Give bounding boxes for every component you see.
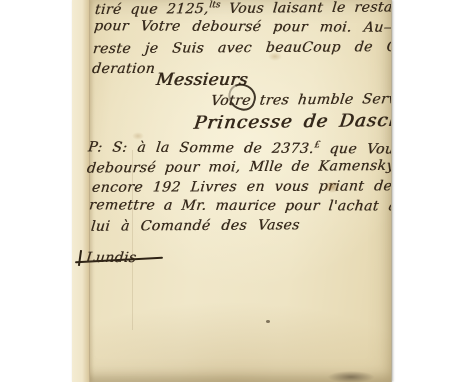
line-text: P: S: à la Somme de 2373. [87, 139, 315, 157]
letter-line: tiré que 2125,lts Vous laisant le restan… [94, 0, 392, 18]
line-text: deboursé pour moi, Mlle de Kamensky Lais… [86, 157, 392, 176]
paper-crease [132, 150, 133, 330]
postscript-line: encore 192 Livres en vous priant de les [91, 178, 392, 196]
letter-line: reste je Suis avec beauCoup de Consi [92, 39, 392, 57]
letter-line: pour Votre deboursé pour moi. Au— [93, 18, 392, 36]
line-text: Votre tres humble Servante [210, 91, 392, 109]
line-text: Vous laisant le restant [219, 0, 392, 17]
line-text: que Vous avez [319, 141, 392, 158]
letter-line: deration [91, 61, 156, 77]
line-text: lui à Comandé des Vases [90, 217, 300, 234]
letter-page: tiré que 2125,lts Vous laisant le restan… [72, 0, 392, 382]
valediction: Votre tres humble Servante [210, 91, 392, 109]
line-text: encore 192 Livres en vous priant de les [91, 178, 392, 196]
bottom-smudge [328, 371, 374, 382]
line-text: deration [91, 61, 156, 77]
scan-background: tiré que 2125,lts Vous laisant le restan… [0, 0, 468, 382]
docket-note: Lundis [85, 250, 137, 266]
line-text: reste je Suis avec beauCoup de Consi [92, 39, 392, 57]
line-text: pour Votre deboursé pour moi. Au— [93, 18, 392, 36]
line-text: tiré que 2125, [94, 1, 210, 18]
line-text: Lundis [85, 250, 137, 266]
postscript-line: lui à Comandé des Vases [90, 217, 300, 234]
line-text: remettre a Mr. maurice pour l'achat qu'e… [88, 197, 392, 214]
postscript-line: remettre a Mr. maurice pour l'achat qu'e… [88, 197, 392, 214]
postscript-line: P: S: à la Somme de 2373.£ que Vous avez [87, 139, 392, 158]
dirt-speck [266, 320, 270, 323]
page-fold-edge [72, 0, 90, 382]
line-text: Princesse de Daschkaw [192, 109, 392, 133]
signature: Princesse de Daschkaw [192, 109, 392, 133]
postscript-line: deboursé pour moi, Mlle de Kamensky Lais… [86, 157, 392, 176]
